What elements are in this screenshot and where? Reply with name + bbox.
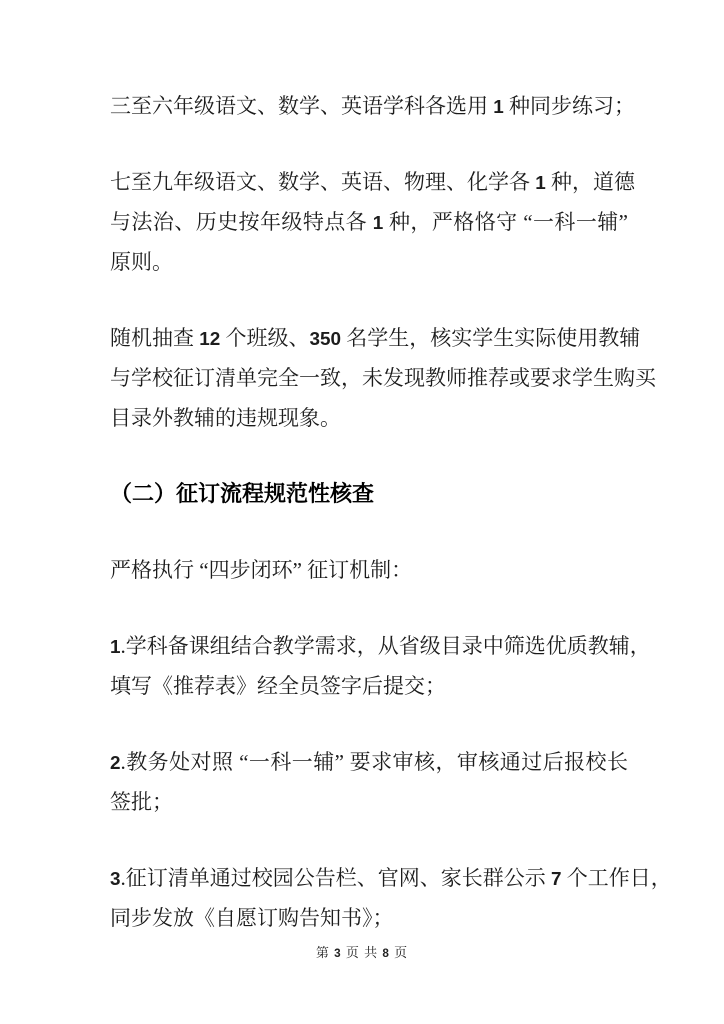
numeral: 8 <box>382 947 390 960</box>
numeral: 3 <box>110 869 121 890</box>
document-page: 三至六年级语文、数学、英语学科各选用 1 种同步练习；七至九年级语文、数学、英语… <box>0 0 724 1024</box>
text-line: 2.教务处对照 “一科一辅” 要求审核，审核通过后报校长 <box>110 742 628 782</box>
body-paragraph: 三至六年级语文、数学、英语学科各选用 1 种同步练习； <box>110 86 628 126</box>
text-line: 七至九年级语文、数学、英语、物理、化学各 1 种，道德 <box>110 162 628 202</box>
numeral: 2 <box>110 753 121 774</box>
numeral: 1 <box>373 213 384 234</box>
page-number-indicator: 第 3 页 共 8 页 <box>316 945 408 960</box>
body-paragraph: 七至九年级语文、数学、英语、物理、化学各 1 种，道德与法治、历史按年级特点各 … <box>110 162 628 282</box>
text-line: 原则。 <box>110 242 628 282</box>
numeral: 3 <box>334 947 342 960</box>
text-line: 1.学科备课组结合教学需求，从省级目录中筛选优质教辅， <box>110 626 628 666</box>
body-paragraph: 3.征订清单通过校园公告栏、官网、家长群公示 7 个工作日，同步发放《自愿订购告… <box>110 858 628 938</box>
text-line: 同步发放《自愿订购告知书》； <box>110 898 628 938</box>
page-footer: 第 3 页 共 8 页 <box>0 943 724 964</box>
section-heading: （二）征订流程规范性核查 <box>110 474 628 514</box>
text-line: 填写《推荐表》经全员签字后提交； <box>110 666 628 706</box>
text-line: 3.征订清单通过校园公告栏、官网、家长群公示 7 个工作日， <box>110 858 628 898</box>
numeral: 7 <box>551 869 562 890</box>
text-line: 签批； <box>110 782 628 822</box>
text-line: 与法治、历史按年级特点各 1 种，严格恪守 “一科一辅” <box>110 202 628 242</box>
body-paragraph: 1.学科备课组结合教学需求，从省级目录中筛选优质教辅，填写《推荐表》经全员签字后… <box>110 626 628 706</box>
numeral: 12 <box>199 329 220 350</box>
numeral: 1 <box>493 97 504 118</box>
body-paragraph: 随机抽查 12 个班级、350 名学生，核实学生实际使用教辅与学校征订清单完全一… <box>110 318 628 438</box>
text-line: 与学校征订清单完全一致，未发现教师推荐或要求学生购买 <box>110 358 628 398</box>
text-line: 严格执行 “四步闭环” 征订机制： <box>110 550 628 590</box>
numeral: 350 <box>310 329 342 350</box>
body-paragraph: 严格执行 “四步闭环” 征订机制： <box>110 550 628 590</box>
text-line: 三至六年级语文、数学、英语学科各选用 1 种同步练习； <box>110 86 628 126</box>
numeral: 1 <box>110 637 121 658</box>
text-line: 随机抽查 12 个班级、350 名学生，核实学生实际使用教辅 <box>110 318 628 358</box>
text-line: （二）征订流程规范性核查 <box>110 474 628 514</box>
numeral: 1 <box>535 173 546 194</box>
body-paragraph: 2.教务处对照 “一科一辅” 要求审核，审核通过后报校长签批； <box>110 742 628 822</box>
document-body: 三至六年级语文、数学、英语学科各选用 1 种同步练习；七至九年级语文、数学、英语… <box>110 86 628 974</box>
text-line: 目录外教辅的违规现象。 <box>110 398 628 438</box>
